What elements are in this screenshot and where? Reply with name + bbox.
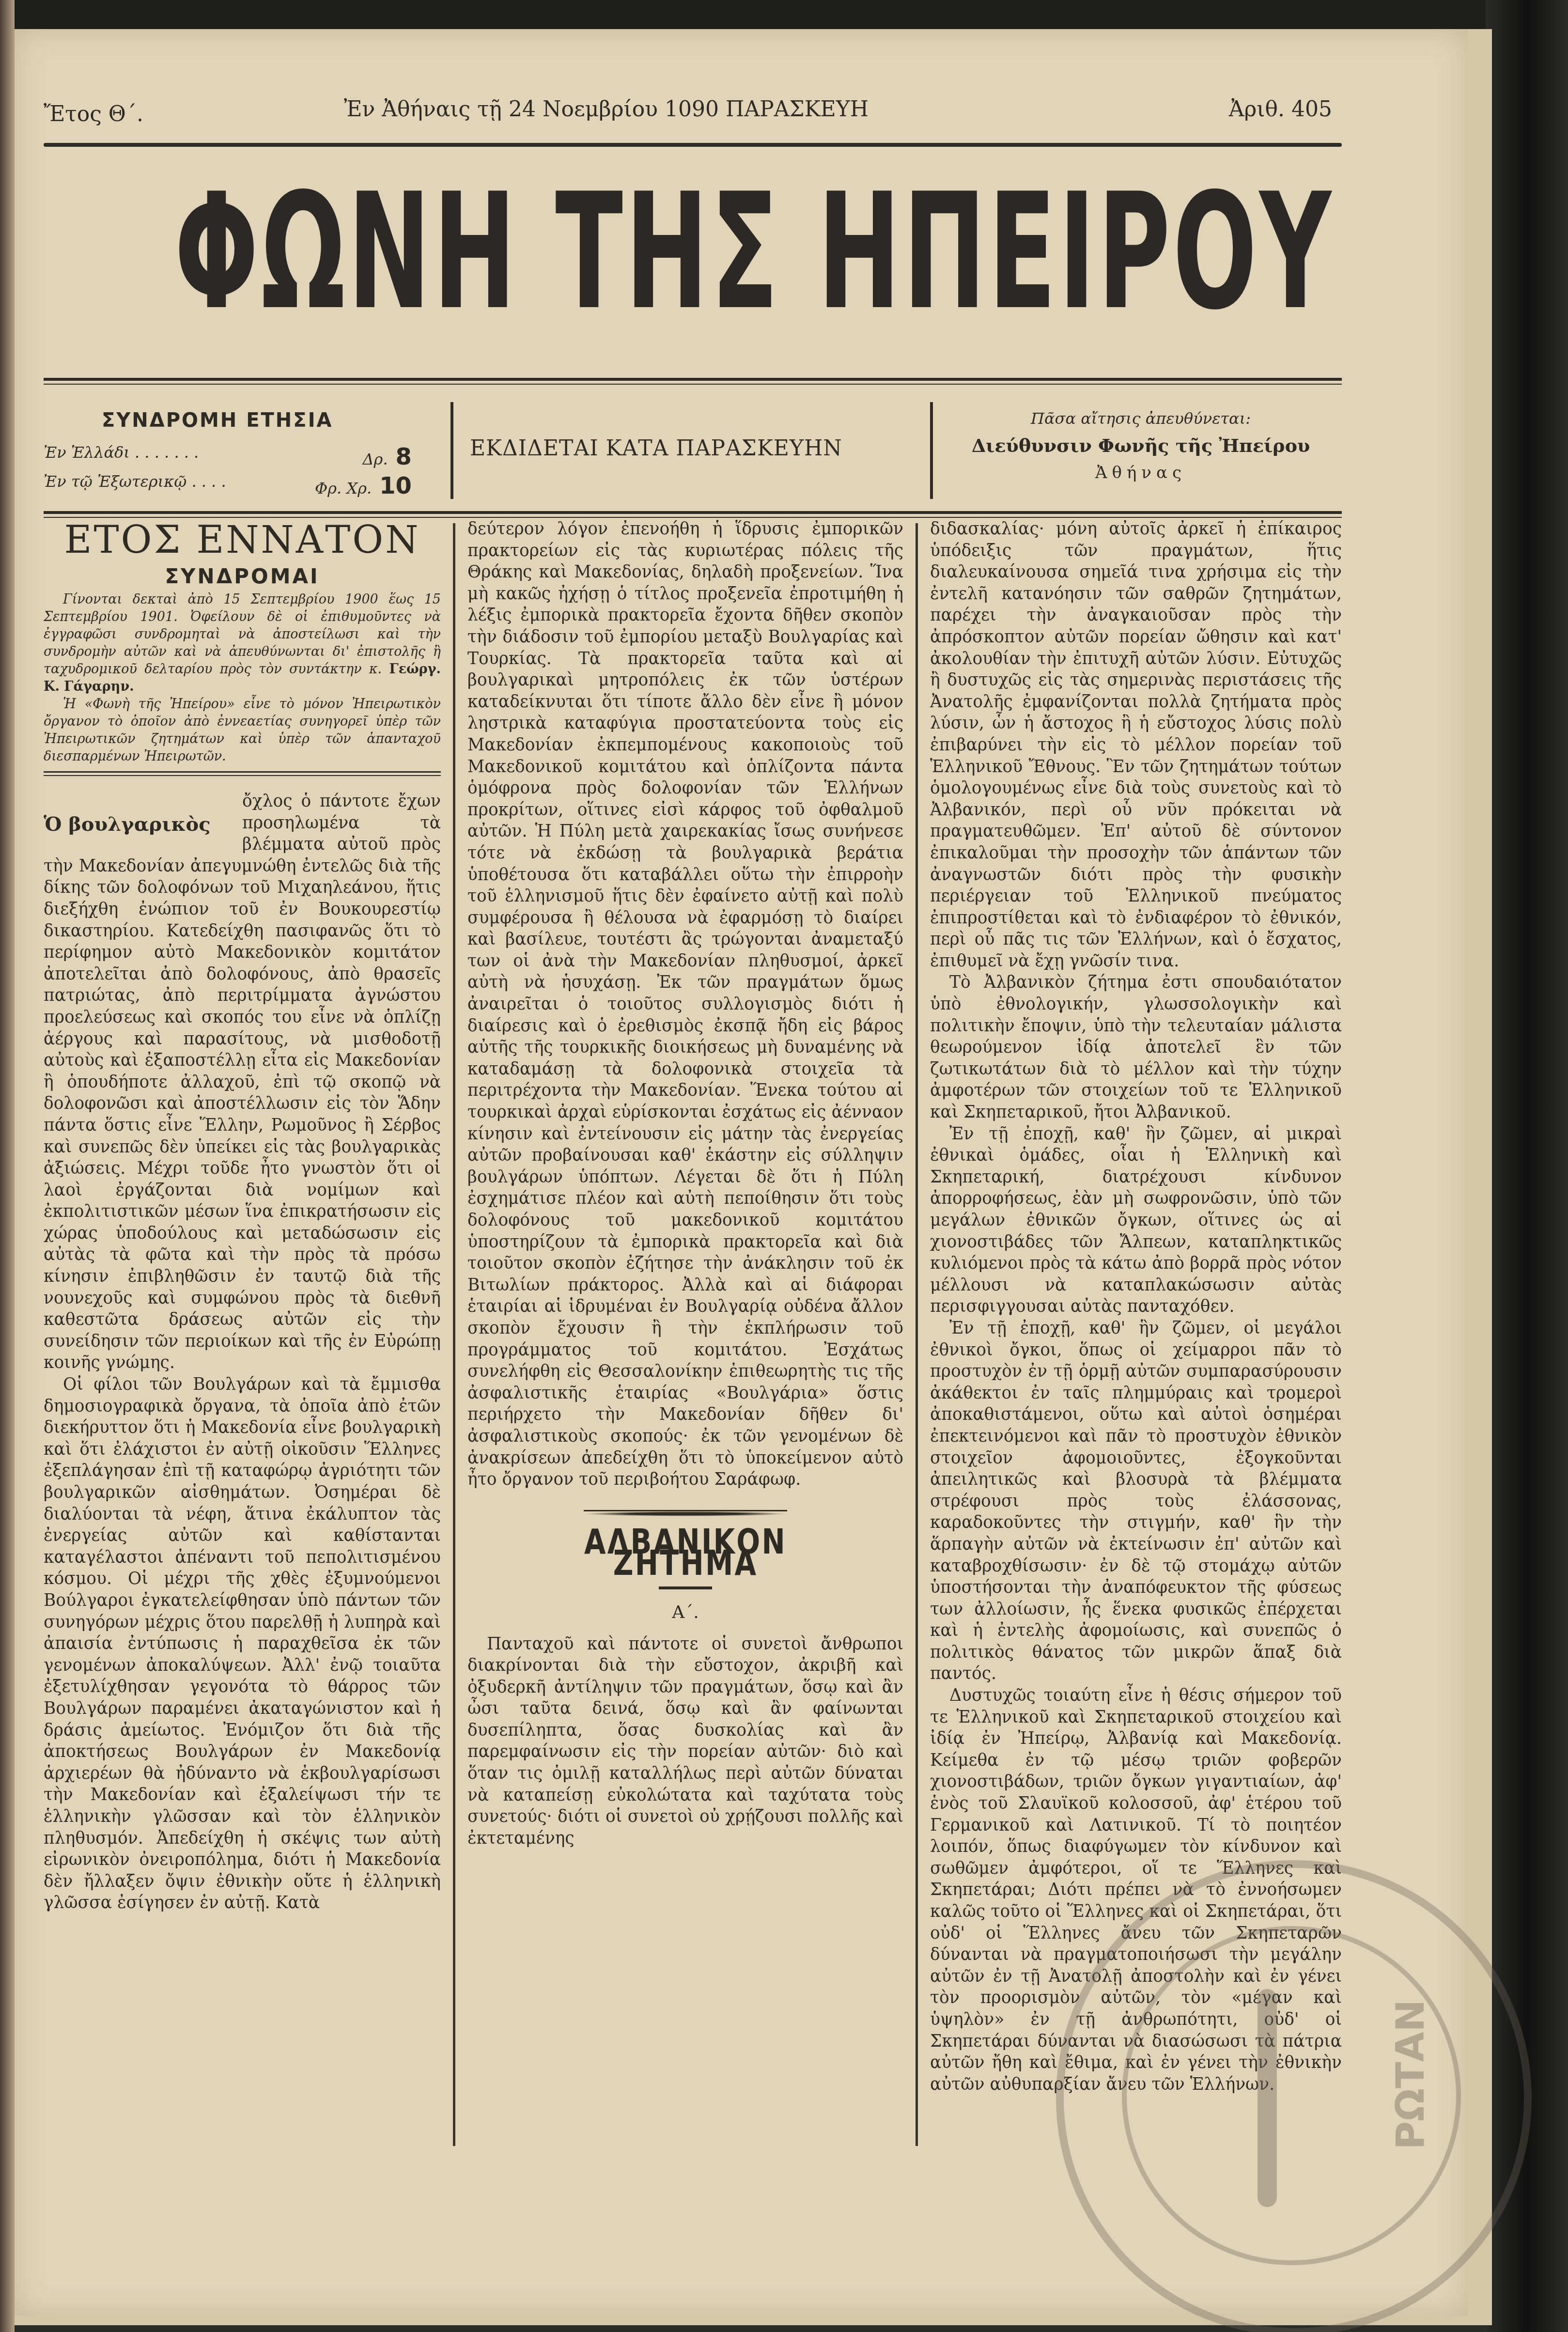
column-3: διδασκαλίας· μόνη αὐτοῖς ἀρκεῖ ἡ ἐπίκαιρ… — [930, 518, 1342, 2095]
volume-year: Ἔτος Θ΄. — [44, 102, 143, 126]
contact-city: Ἀθήνας — [940, 463, 1342, 482]
article-paragraph: ὄχλος ὁ πάντοτε ἔχων προσηλωμένα τὰ βλέμ… — [44, 791, 441, 1374]
subscription-notice: Γίνονται δεκταὶ ἀπὸ 15 Σεπτεμβρίου 1900 … — [44, 591, 441, 696]
article-paragraph: Οἱ φίλοι τῶν Βουλγάρων καὶ τὰ ἔμμισθα δη… — [44, 1374, 441, 1914]
section-divider — [44, 771, 441, 776]
masthead-top-rule — [44, 143, 1342, 147]
part-label: Α΄. — [467, 1602, 903, 1624]
book-binding-right — [1486, 0, 1568, 2332]
subscription-title: ΣΥΝΔΡΟΜΗ ΕΤΗΣΙΑ — [102, 409, 333, 432]
subscription-row-domestic: Ἐν Ἑλλάδι . . . . . . . Δρ.8 — [44, 443, 431, 462]
stamp-center-text: ΡΩΤΑΝ — [1388, 1999, 1433, 2149]
contact-recipient: Διεύθυνσιν Φωνῆς τῆς Ἠπείρου — [940, 435, 1342, 456]
subscription-row-foreign: Ἐν τῷ Ἐξωτερικῷ . . . . Φρ. Χρ.10 — [44, 472, 431, 491]
header-bottom-rule — [44, 511, 1342, 518]
column-divider — [453, 523, 455, 2146]
subscription-box: ΣΥΝΔΡΟΜΗ ΕΤΗΣΙΑ Ἐν Ἑλλάδι . . . . . . . … — [44, 397, 446, 509]
publication-frequency: ΕΚΔΙΔΕΤΑΙ ΚΑΤΑ ΠΑΡΑΣΚΕΥΗΝ — [470, 436, 842, 461]
info-divider — [450, 402, 453, 499]
article-paragraph: Πανταχοῦ καὶ πάντοτε οἱ συνετοὶ ἄνθρωποι… — [467, 1633, 903, 1850]
article-paragraph: Ἐν τῇ ἐποχῇ, καθ' ἣν ζῶμεν, αἱ μικραὶ ἐθ… — [930, 1123, 1342, 1318]
article-paragraph: Δυστυχῶς τοιαύτη εἶνε ἡ θέσις σήμερον το… — [930, 1685, 1342, 2095]
column-1: ΕΤΟΣ ΕΝΝΑΤΟΝ ΣΥΝΔΡΟΜΑΙ Γίνονται δεκταὶ ἀ… — [44, 518, 441, 1914]
info-divider — [930, 402, 933, 499]
contact-intro: Πᾶσα αἴτησις ἀπευθύνεται: — [940, 409, 1342, 428]
column-divider — [916, 523, 918, 2146]
newspaper-title: ΦΩΝΗ ΤΗΣ ΗΠΕΙΡΟΥ — [174, 160, 805, 344]
subscription-price: Δρ.8 — [363, 443, 412, 470]
contact-address: Πᾶσα αἴτησις ἀπευθύνεται: Διεύθυνσιν Φων… — [940, 409, 1342, 482]
paper-description: Ἡ «Φωνὴ τῆς Ἠπείρου» εἶνε τὸ μόνον Ἠπειρ… — [44, 696, 441, 765]
article-lead-heading: Ὁ βουλγαρικὸς — [44, 814, 242, 836]
subscription-price: Φρ. Χρ.10 — [315, 472, 412, 499]
subscriptions-heading: ΣΥΝΔΡΟΜΑΙ — [44, 562, 441, 591]
dateline: Ἔτος Θ΄. Ἐν Ἀθήναις τῇ 24 Νοεμβρίου 1090… — [44, 97, 1332, 136]
issue-number: Ἀριθ. 405 — [1229, 97, 1332, 122]
article-paragraph: Τὸ Ἀλβανικὸν ζήτημα ἐστι σπουδαιότατον ὑ… — [930, 972, 1342, 1123]
subscription-label: Ἐν τῷ Ἐξωτερικῷ . . . . — [44, 472, 226, 491]
subscription-label: Ἐν Ἑλλάδι . . . . . . . — [44, 443, 199, 462]
column-2: δεύτερον λόγον ἐπενοήθη ἡ ἵδρυσις ἐμπορι… — [467, 518, 903, 1849]
info-band: ΣΥΝΔΡΟΜΗ ΕΤΗΣΙΑ Ἐν Ἑλλάδι . . . . . . . … — [44, 397, 1342, 509]
article-title: ΑΛΒΑΝΙΚΟΝ ΖΗΤΗΜΑ — [511, 1531, 860, 1574]
page-gutter — [0, 0, 15, 2332]
newspaper-page: Ἔτος Θ΄. Ἐν Ἀθήναις τῇ 24 Νοεμβρίου 1090… — [15, 29, 1468, 2316]
year-heading: ΕΤΟΣ ΕΝΝΑΤΟΝ — [44, 518, 441, 562]
title-underline — [659, 1586, 712, 1589]
masthead-bottom-rule — [44, 378, 1342, 385]
article-paragraph: Ἐν τῇ ἐποχῇ, καθ' ἣν ζῶμεν, οἱ μεγάλοι ἐ… — [930, 1318, 1342, 1685]
ornamental-divider — [584, 1510, 787, 1516]
issue-date: Ἐν Ἀθήναις τῇ 24 Νοεμβρίου 1090 ΠΑΡΑΣΚΕΥ… — [344, 97, 869, 122]
article-paragraph: δεύτερον λόγον ἐπενοήθη ἡ ἵδρυσις ἐμπορι… — [467, 518, 903, 1491]
article-paragraph: διδασκαλίας· μόνη αὐτοῖς ἀρκεῖ ἡ ἐπίκαιρ… — [930, 518, 1342, 972]
